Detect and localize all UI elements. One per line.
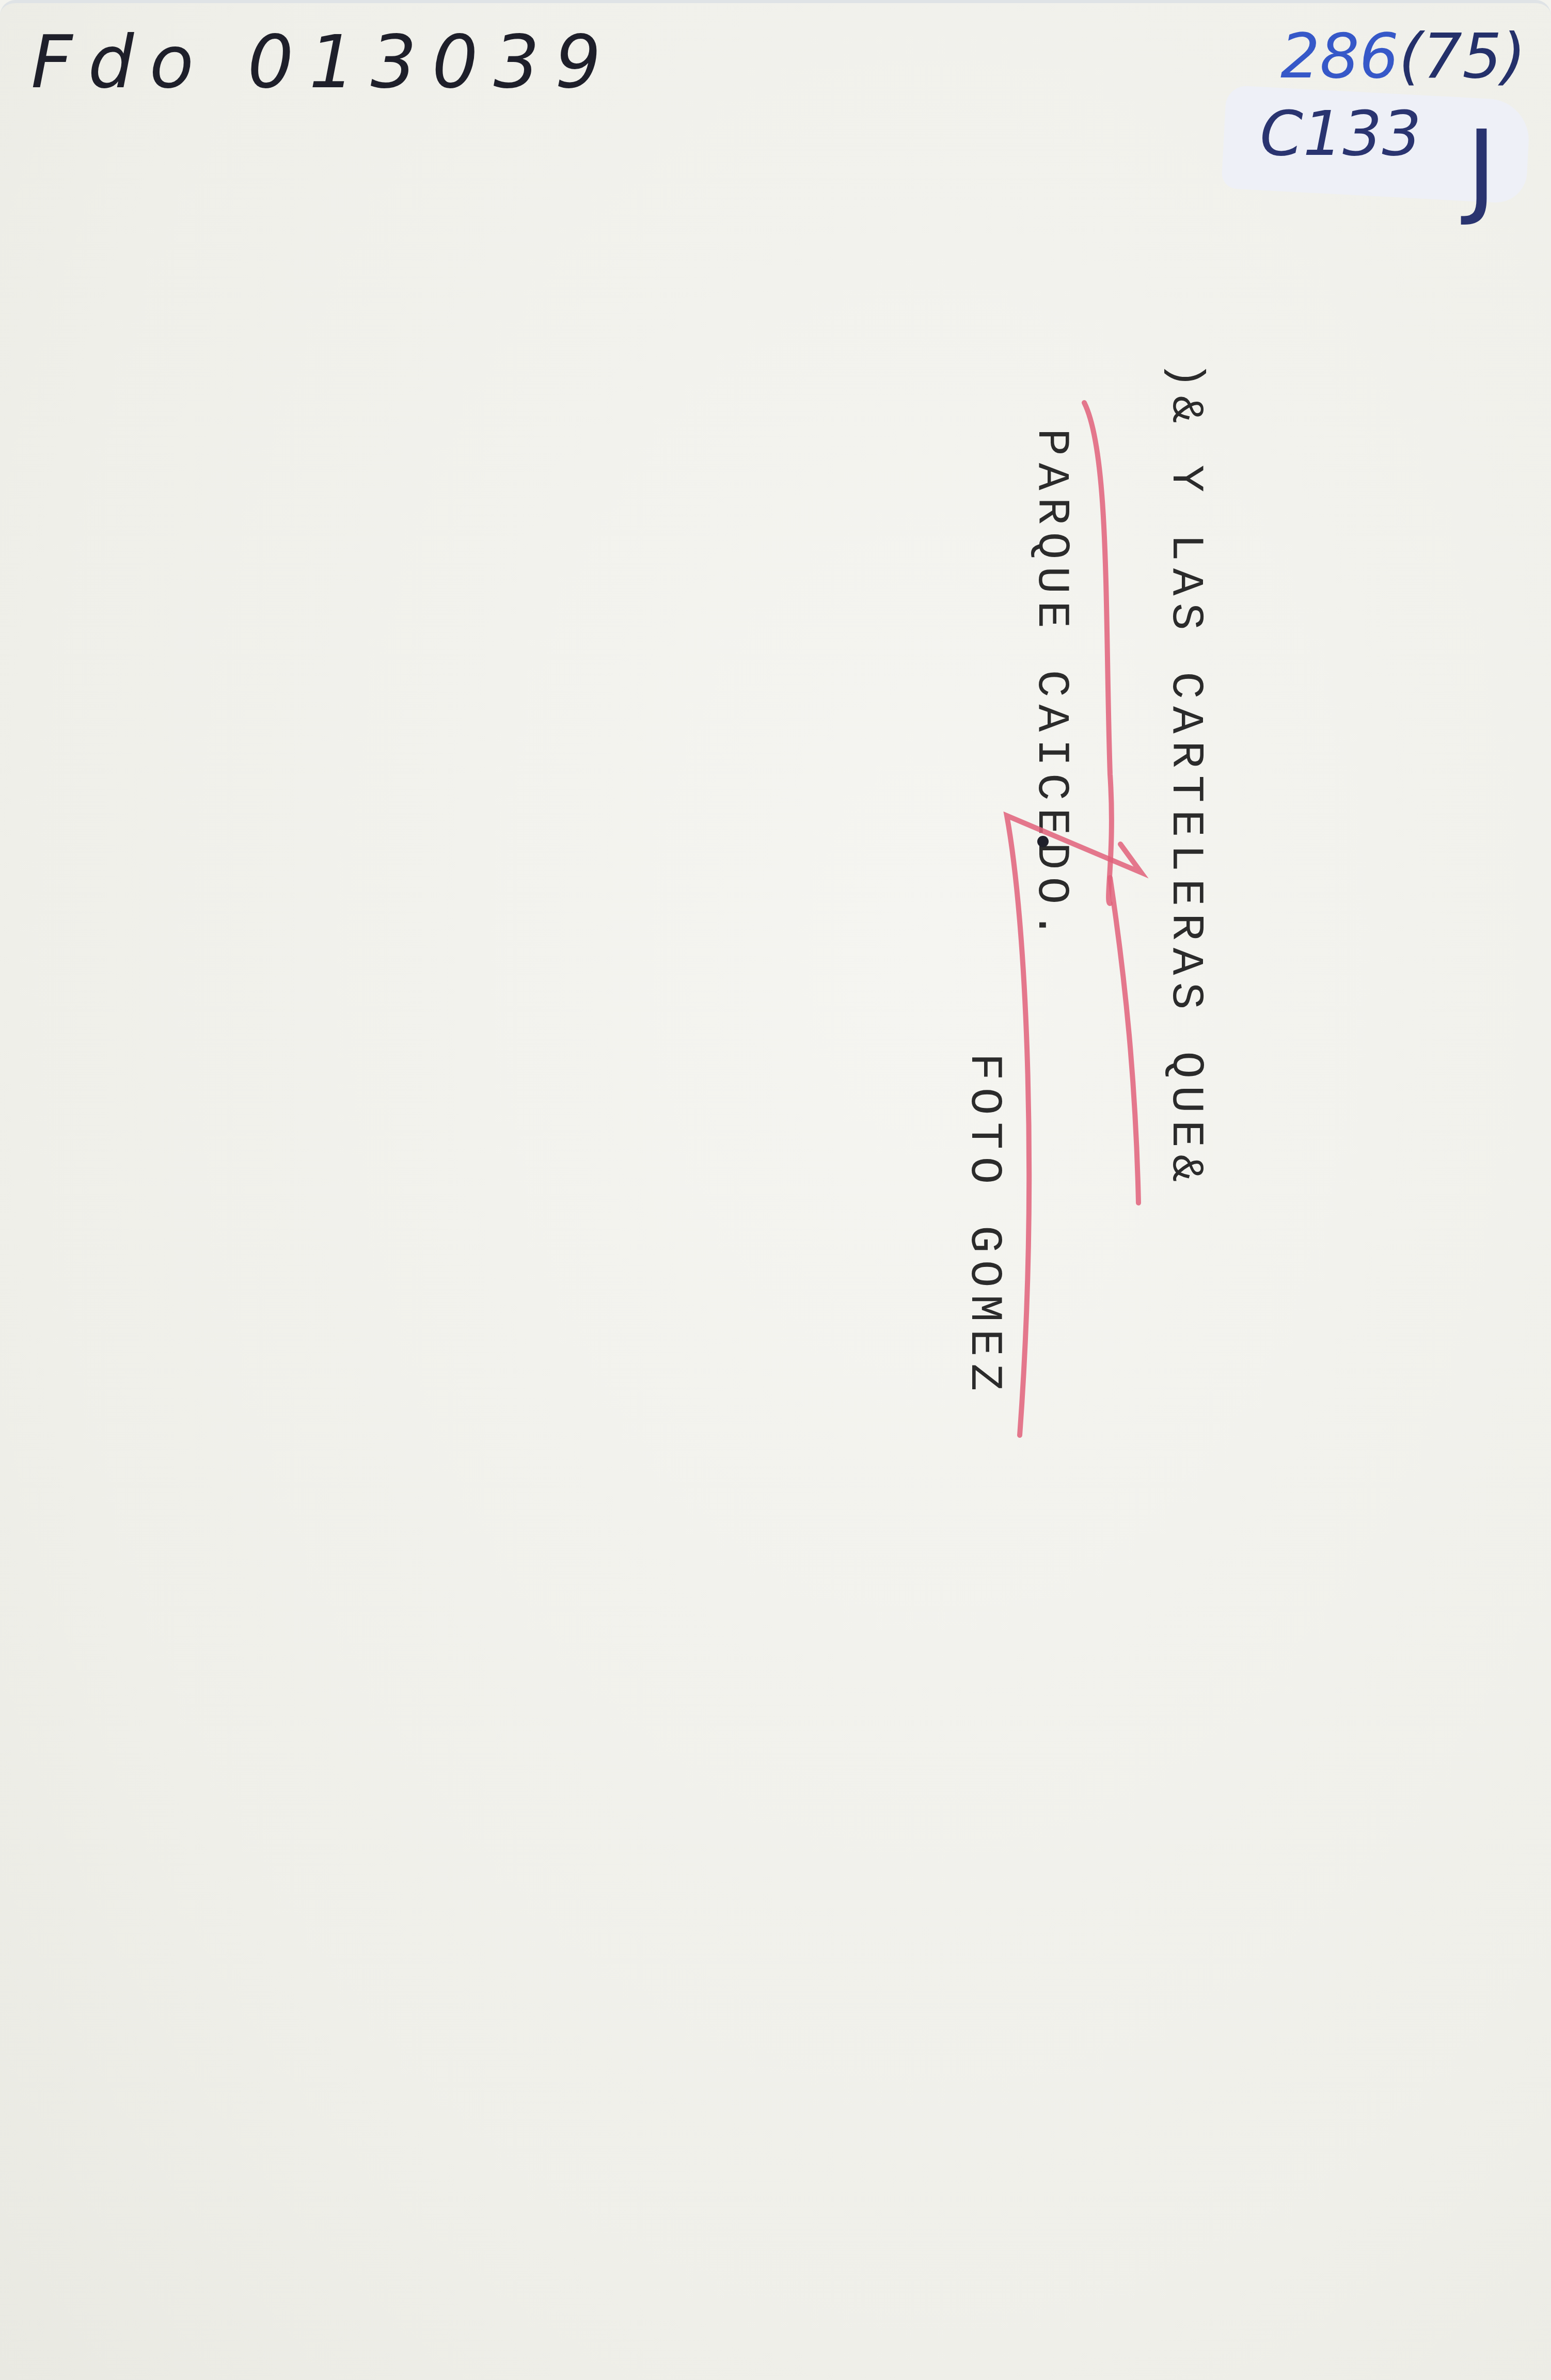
sticker-code: C133 [1260,98,1421,170]
bracket-mark-icon: J [1466,108,1497,229]
reference-number: 286(75) [1280,21,1526,92]
typed-caption-line-3: FOTO GOMEZ [958,1053,1009,1398]
typed-caption-line-1: )& Y LAS CARTELERAS QUE& [1160,361,1211,1189]
reference-number-main: 286 [1280,21,1399,92]
reference-number-parenthetical: (75) [1399,21,1526,92]
photo-back-paper [0,0,1551,2380]
typed-caption-line-2: PARQUE CAICEDO. [1025,429,1077,946]
archive-number: Fdo 013039 [31,21,616,105]
